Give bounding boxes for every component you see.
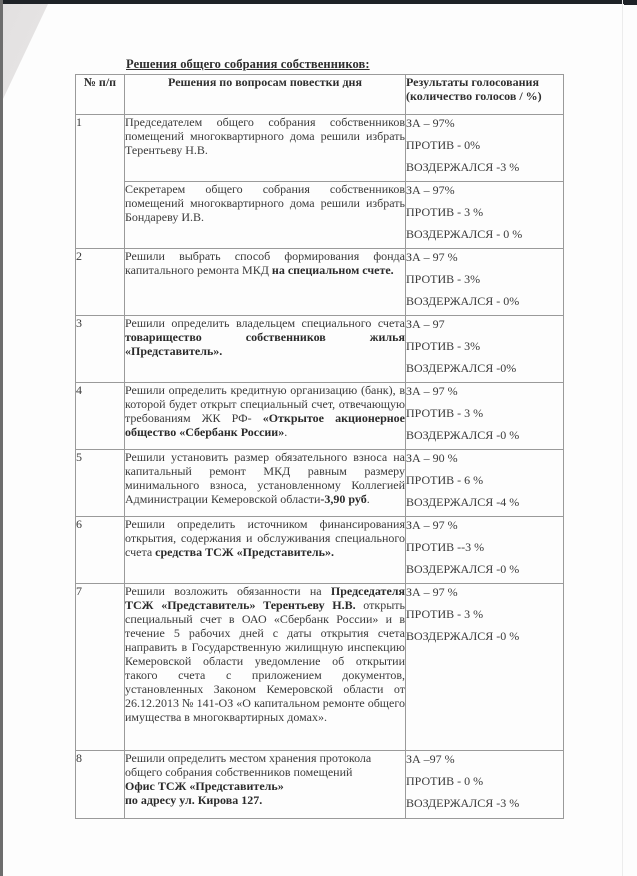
decision-text: Решили определить владельцем специальног… [125,316,406,383]
decision-text: Решили определить источником финансирова… [125,517,406,584]
decision-text-part: Председателем общего собрания собственни… [125,115,405,157]
header-decision: Решения по вопросам повестки дня [125,75,406,115]
vote-abstain: ВОЗДЕРЖАЛСЯ -3 % [406,795,563,817]
vote-against: ПРОТИВ - 3% [406,338,563,360]
decision-text: Решили определить кредитную организацию … [125,383,406,450]
row-number: 6 [76,517,125,584]
row-number: 4 [76,383,125,450]
table-row: 3Решили определить владельцем специально… [76,316,564,383]
decision-text-part: открыть специальный счет в ОАО «Сбербанк… [125,598,405,724]
table-row: 6Решили определить источником финансиров… [76,517,564,584]
voting-results: ЗА – 97 %ПРОТИВ - 3 %ВОЗДЕРЖАЛСЯ -0 % [406,584,564,751]
voting-results: ЗА – 97%ПРОТИВ - 0%ВОЗДЕРЖАЛСЯ -3 % [406,115,564,182]
scan-edge-corner-right [624,0,637,5]
vote-against: ПРОТИВ - 6 % [406,472,563,494]
decision-text: Решили определить местом хранения проток… [125,751,406,819]
voting-results: ЗА – 97 %ПРОТИВ - 3 %ВОЗДЕРЖАЛСЯ -0 % [406,383,564,450]
decision-bold-text: товарищество собственников жилья «Предст… [125,330,405,358]
decision-bold-text: -3,90 руб [320,492,366,506]
row-number: 7 [76,584,125,751]
decision-bold-line: по адресу ул. Кирова 127. [125,793,405,807]
document-title: Решения общего собрания собственников: [126,57,370,72]
decision-text: Председателем общего собрания собственни… [125,115,406,182]
decision-text: Решили установить размер обязательного в… [125,450,406,517]
row-number: 8 [76,751,125,819]
decisions-table: № п/п Решения по вопросам повестки дня Р… [75,74,564,819]
vote-abstain: ВОЗДЕРЖАЛСЯ -4 % [406,494,563,516]
decision-text: Решили возложить обязанности на Председа… [125,584,406,751]
table-row: 5Решили установить размер обязательного … [76,450,564,517]
vote-against: ПРОТИВ - 3 % [406,405,563,427]
vote-against: ПРОТИВ --3 % [406,539,563,561]
scan-edge-top [0,0,637,4]
header-number: № п/п [76,75,125,115]
vote-abstain: ВОЗДЕРЖАЛСЯ -3 % [406,159,563,181]
vote-abstain: ВОЗДЕРЖАЛСЯ -0 % [406,561,563,583]
vote-abstain: ВОЗДЕРЖАЛСЯ -0 % [406,628,563,650]
decision-bold-text: на специальном счете. [272,263,394,277]
vote-abstain: ВОЗДЕРЖАЛСЯ -0 % [406,427,563,449]
vote-for: ЗА – 97% [406,182,563,204]
decision-text-part: . [284,425,287,439]
row-number: 1 [76,115,125,249]
header-results: Результаты голосования (количество голос… [406,75,564,115]
vote-abstain: ВОЗДЕРЖАЛСЯ - 0 % [406,226,563,248]
decision-text-part: . [367,492,370,506]
decision-line: общего собрания собственников помещений [125,765,405,779]
vote-against: ПРОТИВ - 0 % [406,773,563,795]
scan-shadow-corner [3,4,48,99]
voting-results: ЗА – 97ПРОТИВ - 3%ВОЗДЕРЖАЛСЯ -0% [406,316,564,383]
decision-text-part: Решили возложить обязанности на [125,584,331,598]
voting-results: ЗА – 97 %ПРОТИВ --3 %ВОЗДЕРЖАЛСЯ -0 % [406,517,564,584]
table-header-row: № п/п Решения по вопросам повестки дня Р… [76,75,564,115]
scan-edge-right [622,0,623,876]
vote-for: ЗА – 90 % [406,450,563,472]
voting-results: ЗА – 97%ПРОТИВ - 3 %ВОЗДЕРЖАЛСЯ - 0 % [406,182,564,249]
decision-text: Решили выбрать способ формирования фонда… [125,249,406,316]
vote-for: ЗА – 97% [406,115,563,137]
voting-results: ЗА –97 %ПРОТИВ - 0 %ВОЗДЕРЖАЛСЯ -3 % [406,751,564,819]
voting-results: ЗА – 97 %ПРОТИВ - 3%ВОЗДЕРЖАЛСЯ - 0% [406,249,564,316]
vote-abstain: ВОЗДЕРЖАЛСЯ -0% [406,360,563,382]
table-row: Секретарем общего собрания собственников… [76,182,564,249]
vote-against: ПРОТИВ - 3 % [406,606,563,628]
vote-for: ЗА – 97 [406,316,563,338]
decision-text-part: Секретарем общего собрания собственников… [125,182,405,224]
decision-line: Решили определить местом хранения проток… [125,751,405,765]
table-row: 1Председателем общего собрания собственн… [76,115,564,182]
row-number: 3 [76,316,125,383]
vote-against: ПРОТИВ - 3% [406,271,563,293]
vote-for: ЗА – 97 % [406,249,563,271]
table-row: 7Решили возложить обязанности на Председ… [76,584,564,751]
vote-for: ЗА – 97 % [406,383,563,405]
voting-results: ЗА – 90 %ПРОТИВ - 6 %ВОЗДЕРЖАЛСЯ -4 % [406,450,564,517]
decision-text-part: Решили определить владельцем специальног… [125,316,405,330]
vote-for: ЗА – 97 % [406,517,563,539]
vote-against: ПРОТИВ - 3 % [406,204,563,226]
vote-for: ЗА –97 % [406,751,563,773]
row-number: 2 [76,249,125,316]
decision-text: Секретарем общего собрания собственников… [125,182,406,249]
table-row: 8Решили определить местом хранения прото… [76,751,564,819]
decision-bold-line: Офис ТСЖ «Представитель» [125,779,405,793]
vote-for: ЗА – 97 % [406,584,563,606]
row-number: 5 [76,450,125,517]
table-row: 4Решили определить кредитную организацию… [76,383,564,450]
decision-bold-text: средства ТСЖ «Представитель». [155,545,334,559]
vote-abstain: ВОЗДЕРЖАЛСЯ - 0% [406,293,563,315]
vote-against: ПРОТИВ - 0% [406,137,563,159]
scan-edge-left [0,0,3,876]
table-row: 2Решили выбрать способ формирования фонд… [76,249,564,316]
